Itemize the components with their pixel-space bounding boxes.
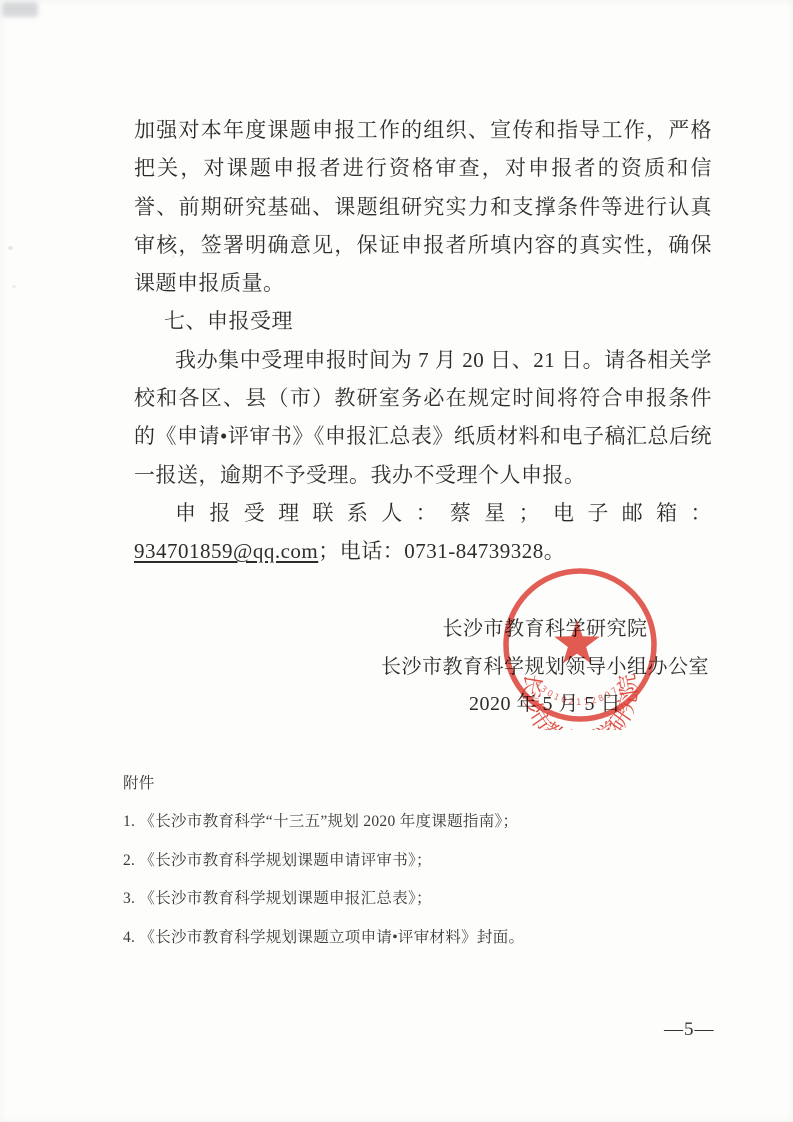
- section-seven-heading: 七、申报受理: [134, 302, 712, 340]
- scanned-document-page: 加强对本年度课题申报工作的组织、宣传和指导工作，严格把关，对课题申报者进行资格审…: [0, 0, 793, 1122]
- contact-suffix: ；电话：0731-84739328。: [318, 539, 565, 563]
- attachment-item: 3. 《长沙市教育科学规划课题申报汇总表》；: [123, 880, 683, 918]
- document-body: 加强对本年度课题申报工作的组织、宣传和指导工作，严格把关，对课题申报者进行资格审…: [134, 111, 712, 571]
- scan-smudge: [2, 2, 38, 17]
- signature-org-2: 长沙市教育科学规划领导小组办公室: [375, 649, 715, 687]
- signature-org-1: 长沙市教育科学研究院: [375, 611, 715, 649]
- paragraph-continuation: 加强对本年度课题申报工作的组织、宣传和指导工作，严格把关，对课题申报者进行资格审…: [134, 111, 712, 302]
- attachments-label: 附件: [123, 765, 683, 803]
- signature-block: 长沙市教育科学研究院 长沙市教育科学规划领导小组办公室 2020 年 5 月 5…: [375, 611, 715, 724]
- section-seven-body: 我办集中受理申报时间为 7 月 20 日、21 日。请各相关学校和各区、县（市）…: [134, 341, 712, 494]
- scan-speck: [8, 246, 13, 250]
- contact-email: 934701859@qq.com: [134, 539, 318, 563]
- attachment-item: 4. 《长沙市教育科学规划课题立项申请•评审材料》封面。: [123, 919, 683, 957]
- attachment-item: 1. 《长沙市教育科学“十三五”规划 2020 年度课题指南》；: [123, 803, 683, 841]
- scan-speck: [12, 285, 16, 288]
- attachments-section: 附件 1. 《长沙市教育科学“十三五”规划 2020 年度课题指南》； 2. 《…: [123, 765, 683, 957]
- contact-prefix: 申报受理联系人：蔡星；电子邮箱：: [175, 501, 712, 525]
- attachment-item: 2. 《长沙市教育科学规划课题申请评审书》；: [123, 842, 683, 880]
- signature-date: 2020 年 5 月 5 日: [375, 686, 715, 724]
- page-number: —5—: [664, 1019, 715, 1041]
- contact-line: 申报受理联系人：蔡星；电子邮箱：934701859@qq.com；电话：0731…: [134, 494, 712, 571]
